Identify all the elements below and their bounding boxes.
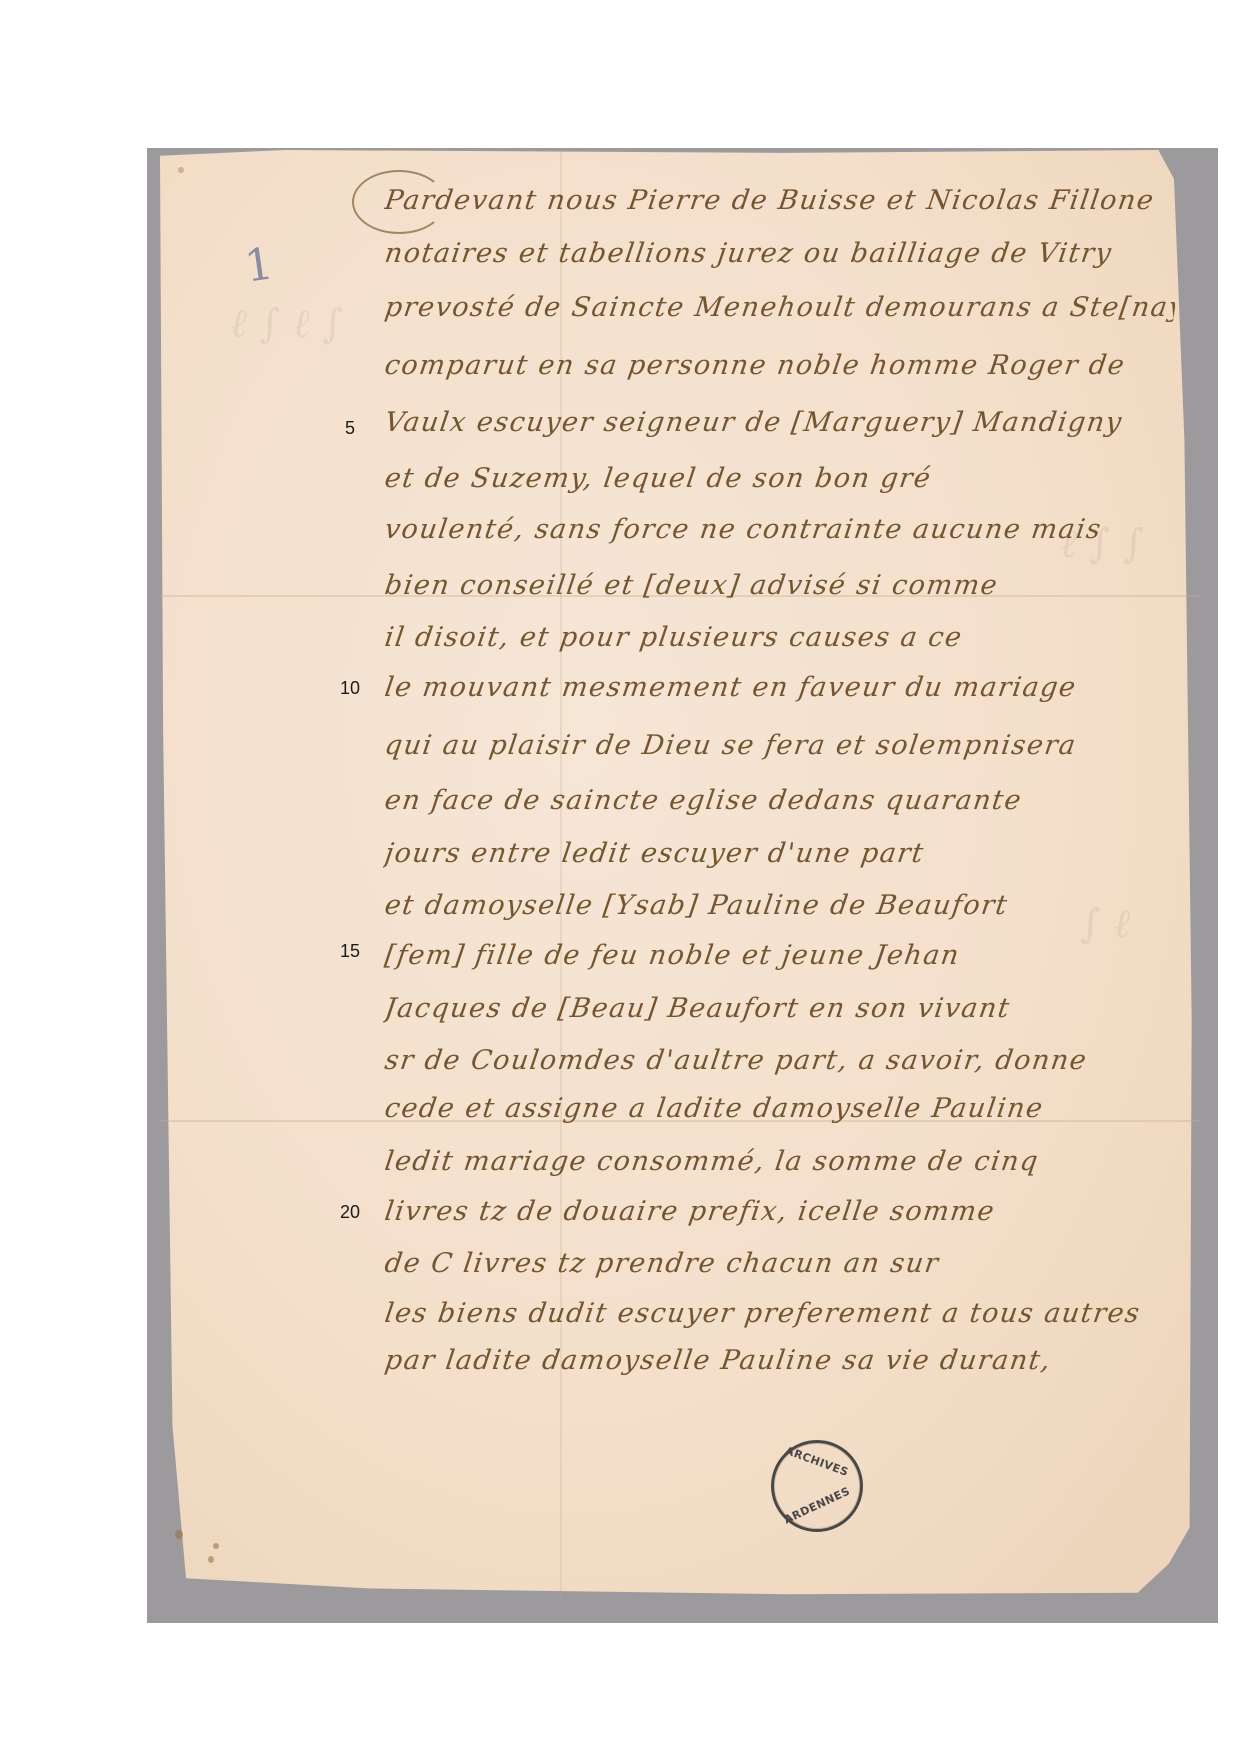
manuscript-line: il disoit, et pour plusieurs causes a ce bbox=[383, 622, 1177, 653]
manuscript-line: en face de saincte eglise dedans quarant… bbox=[383, 785, 1177, 816]
manuscript-line: Pardevant nous Pierre de Buisse et Nicol… bbox=[383, 185, 1177, 216]
manuscript-line: par ladite damoyselle Pauline sa vie dur… bbox=[383, 1345, 1177, 1376]
line-number: 20 bbox=[330, 1202, 370, 1223]
manuscript-line: sr de Coulomdes d'aultre part, a savoir,… bbox=[383, 1045, 1177, 1076]
manuscript-line: jours entre ledit escuyer d'une part bbox=[383, 838, 1177, 869]
line-number: 10 bbox=[330, 678, 370, 699]
manuscript-line: notaires et tabellions jurez ou bailliag… bbox=[383, 238, 1177, 269]
manuscript-line: Jacques de [Beau] Beaufort en son vivant bbox=[383, 993, 1177, 1024]
manuscript-line: Vaulx escuyer seigneur de [Marguery] Man… bbox=[383, 407, 1177, 438]
archives-ardennes-stamp: ARCHIVES ARDENNES bbox=[771, 1440, 863, 1532]
manuscript-line: le mouvant mesmement en faveur du mariag… bbox=[383, 672, 1177, 703]
manuscript-line: bien conseillé et [deux] advisé si comme bbox=[383, 570, 1177, 601]
manuscript-line: et damoyselle [Ysab] Pauline de Beaufort bbox=[383, 890, 1177, 921]
line-number: 5 bbox=[330, 418, 370, 439]
manuscript-line: comparut en sa personne noble homme Roge… bbox=[383, 350, 1177, 381]
manuscript-line: livres tz de douaire prefix, icelle somm… bbox=[383, 1196, 1177, 1227]
manuscript-line: [fem] fille de feu noble et jeune Jehan bbox=[383, 940, 1177, 971]
ink-spot bbox=[175, 1530, 183, 1539]
manuscript-line: prevosté de Saincte Menehoult demourans … bbox=[383, 292, 1177, 323]
ink-spot bbox=[213, 1543, 219, 1549]
manuscript-line: qui au plaisir de Dieu se fera et solemp… bbox=[383, 730, 1177, 761]
manuscript-line: de C livres tz prendre chacun an sur bbox=[383, 1248, 1177, 1279]
manuscript-line: ledit mariage consommé, la somme de cinq bbox=[383, 1146, 1177, 1177]
manuscript-line: voulenté, sans force ne contrainte aucun… bbox=[383, 514, 1177, 545]
ink-spot bbox=[208, 1556, 214, 1563]
manuscript-line: cede et assigne a ladite damoyselle Paul… bbox=[383, 1093, 1177, 1124]
manuscript-line: et de Suzemy, lequel de son bon gré bbox=[383, 463, 1177, 494]
show-through-ink: ℓ ∫ ℓ ∫ bbox=[230, 300, 343, 347]
line-number: 15 bbox=[330, 941, 370, 962]
manuscript-line: les biens dudit escuyer preferement a to… bbox=[383, 1298, 1177, 1329]
ink-spot bbox=[178, 167, 184, 173]
